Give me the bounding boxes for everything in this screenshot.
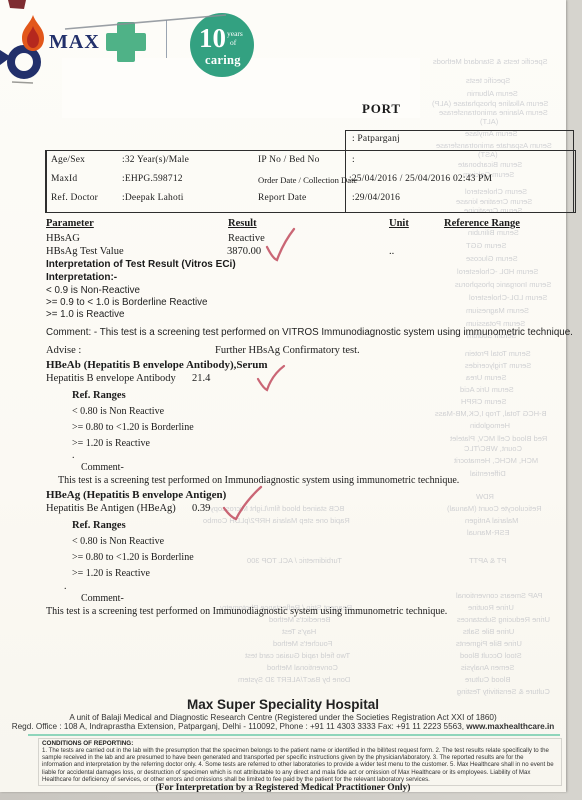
hbeag-comment: This test is a screening test performed … bbox=[46, 606, 447, 617]
hbsag-subtitle: Interpretation of Test Result (Vitros EC… bbox=[46, 259, 236, 270]
hbeag-param: Hepatitis Be Antigen (HBeAg) bbox=[46, 503, 176, 514]
interpretation-note: (For Interpretation by a Registered Medi… bbox=[10, 783, 556, 793]
hbeag-comment-label: Comment- bbox=[81, 593, 124, 604]
patient-value-age-sex: :32 Year(s)/Male bbox=[122, 155, 189, 165]
patient-value-report-date: :29/04/2016 bbox=[352, 193, 400, 203]
hbeag-title: HBeAg (Hepatitis B envelope Antigen) bbox=[46, 489, 226, 501]
logo-divider bbox=[166, 20, 167, 58]
hbeab-param: Hepatitis B envelope Antibody bbox=[46, 373, 176, 384]
ten-years-badge: 10 years of caring bbox=[190, 13, 254, 77]
hbsag-value-result: 3870.00 bbox=[227, 246, 261, 257]
center-name: : Patparganj bbox=[352, 134, 400, 144]
badge-years: years bbox=[227, 29, 243, 38]
navy-wedge-shape bbox=[0, 50, 11, 65]
patient-label-maxid: MaxId bbox=[51, 174, 77, 184]
patient-label-ip-bed: IP No / Bed No bbox=[258, 155, 320, 165]
scanned-lab-report: Specific tests & Standard MethodsSpecifi… bbox=[0, 0, 582, 800]
report-paper: Specific tests & Standard MethodsSpecifi… bbox=[0, 0, 566, 792]
badge-of: of bbox=[230, 38, 236, 47]
col-header-parameter: Parameter bbox=[46, 218, 94, 229]
hospital-name: Max Super Speciality Hospital bbox=[10, 697, 556, 712]
col-header-unit: Unit bbox=[389, 218, 409, 229]
advise-value: Further HBsAg Confirmatory test. bbox=[215, 345, 360, 356]
conditions-label: CONDITIONS OF REPORTING: bbox=[42, 740, 133, 747]
medical-cross-icon bbox=[108, 24, 144, 60]
max-brand-text: MAX bbox=[49, 31, 100, 54]
col-header-result: Result bbox=[228, 218, 257, 229]
hospital-unit-line: A unit of Balaji Medical and Diagnostic … bbox=[10, 713, 556, 722]
hbeag-range-3: >= 1.20 is Reactive bbox=[72, 568, 150, 579]
patient-label-report-date: Report Date bbox=[258, 193, 306, 203]
advise-label: Advise : bbox=[46, 345, 81, 356]
patient-label-ref-doctor: Ref. Doctor bbox=[51, 193, 98, 203]
hbeag-range-1: < 0.80 is Non Reactive bbox=[72, 536, 164, 547]
hbeag-range-2: >= 0.80 to <1.20 is Borderline bbox=[72, 552, 194, 563]
hospital-regd-line: Regd. Office : 108 A, Indraprastha Exten… bbox=[10, 722, 556, 731]
conditions-text: 1. The tests are carried out in the lab … bbox=[42, 747, 555, 783]
hbeab-comment-label: Comment- bbox=[81, 462, 124, 473]
hbsag-result: Reactive bbox=[228, 233, 265, 244]
flame-icon bbox=[22, 15, 44, 51]
regd-office-text: Regd. Office : 108 A, Indraprastha Exten… bbox=[12, 722, 467, 731]
hbsag-range-1: < 0.9 is Non-Reactive bbox=[46, 285, 140, 296]
hbsag-range-3: >= 1.0 is Reactive bbox=[46, 309, 124, 320]
footer-green-line bbox=[28, 734, 560, 736]
hbeag-result: 0.39 bbox=[192, 503, 210, 514]
patient-label-age-sex: Age/Sex bbox=[51, 155, 85, 165]
hbeab-range-2: >= 0.80 to <1.20 is Borderline bbox=[72, 422, 194, 433]
hbeab-range-1: < 0.80 is Non Reactive bbox=[72, 406, 164, 417]
hbsag-comment: Comment: - This test is a screening test… bbox=[46, 327, 573, 338]
hbsag-value-unit: .. bbox=[389, 246, 394, 257]
patient-label-order-date: Order Date / Collection Date bbox=[258, 175, 357, 185]
hbsag-value-param: HBsAg Test Value bbox=[46, 246, 124, 257]
report-title: PORT bbox=[362, 101, 401, 117]
patient-value-ip-bed: : bbox=[352, 155, 355, 165]
hbsag-range-2: >= 0.9 to < 1.0 is Borderline Reactive bbox=[46, 297, 207, 308]
hbeab-ref-ranges-label: Ref. Ranges bbox=[72, 390, 126, 401]
hbeag-dot: . bbox=[64, 581, 67, 592]
col-header-reference: Reference Range bbox=[444, 218, 520, 229]
website-text: www.maxhealthcare.in bbox=[466, 722, 554, 731]
hbeab-comment: This test is a screening test performed … bbox=[58, 475, 459, 486]
patient-value-order-date: :25/04/2016 / 25/04/2016 02:43 PM bbox=[349, 174, 492, 184]
patient-value-ref-doctor: :Deepak Lahoti bbox=[122, 193, 184, 203]
hbsag-param: HBsAG bbox=[46, 233, 80, 244]
report-content: MAX 10 years of caring PORT : Patparganj… bbox=[0, 0, 566, 792]
hbeag-ref-ranges-label: Ref. Ranges bbox=[72, 520, 126, 531]
badge-caring: caring bbox=[205, 53, 241, 68]
hbeab-title: HBeAb (Hepatitis B envelope Antibody),Se… bbox=[46, 359, 268, 371]
hbsag-interpretation-label: Interpretation:- bbox=[46, 272, 117, 283]
hbeab-dot: . bbox=[72, 450, 75, 461]
patient-value-maxid: :EHPG.598712 bbox=[122, 174, 183, 184]
hbeab-range-3: >= 1.20 is Reactive bbox=[72, 438, 150, 449]
navy-ring-shape bbox=[11, 49, 37, 75]
badge-10: 10 bbox=[199, 23, 226, 54]
hbeab-result: 21.4 bbox=[192, 373, 210, 384]
